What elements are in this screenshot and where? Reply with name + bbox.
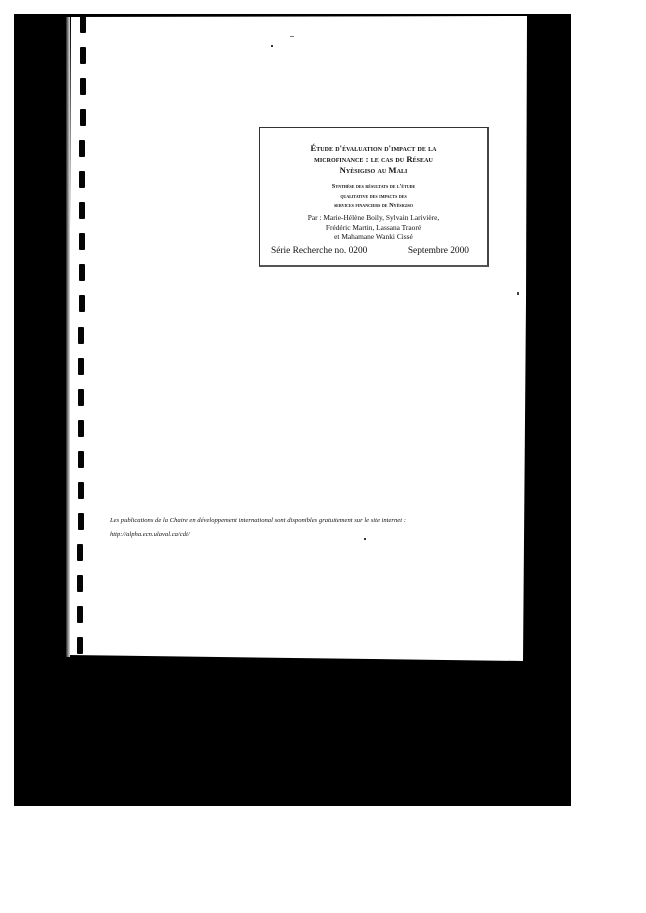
- binding-hole: [79, 140, 85, 157]
- binding-hole: [79, 264, 85, 281]
- binding-hole: [79, 233, 85, 250]
- binding-hole: [78, 327, 84, 344]
- title-line: Étude d'évaluation d'impact de la: [260, 143, 487, 154]
- authors: Par : Marie-Hélène Boily, Sylvain Larivi…: [260, 213, 487, 242]
- scan-speck: [290, 36, 294, 37]
- footer-text: Les publications de la Chaire en dévelop…: [110, 514, 406, 528]
- footer-url[interactable]: http://alpha.ecn.ulaval.ca/cdi/: [110, 528, 406, 542]
- binding-hole: [80, 109, 86, 126]
- binding-hole: [77, 637, 83, 654]
- footer-note: Les publications de la Chaire en dévelop…: [110, 514, 406, 542]
- binding-hole: [78, 389, 84, 406]
- binding-hole: [77, 575, 83, 592]
- binding-hole: [80, 78, 86, 95]
- authors-line: et Mahamane Wanki Cissé: [260, 232, 487, 242]
- page-edge: [66, 17, 70, 657]
- binding-hole: [79, 295, 85, 312]
- binding-hole: [79, 171, 85, 188]
- scan-speck: [364, 538, 366, 540]
- binding-hole: [78, 358, 84, 375]
- subtitle-line: services financiers de Nyèsigiso: [260, 201, 487, 211]
- title-line: Nyèsigiso au Mali: [260, 165, 487, 176]
- binding-hole: [77, 544, 83, 561]
- scan-speck: [271, 45, 273, 47]
- binding-hole: [78, 420, 84, 437]
- series-row: Série Recherche no. 0200 Septembre 2000: [271, 246, 469, 256]
- scan-speck: [517, 292, 519, 295]
- binding-hole: [80, 16, 86, 33]
- title-line: microfinance : le cas du Réseau: [260, 154, 487, 165]
- authors-line: Par : Marie-Hélène Boily, Sylvain Larivi…: [260, 213, 487, 223]
- document-subtitle: Synthèse des résultats de l'étude qualit…: [260, 182, 487, 211]
- publication-date: Septembre 2000: [408, 246, 469, 256]
- series-number: Série Recherche no. 0200: [271, 246, 367, 256]
- binding-hole: [78, 482, 84, 499]
- document-title: Étude d'évaluation d'impact de la microf…: [260, 143, 487, 176]
- binding-hole: [80, 47, 86, 64]
- subtitle-line: qualitative des impacts des: [260, 192, 487, 202]
- binding-hole: [78, 451, 84, 468]
- binding-hole: [78, 513, 84, 530]
- binding-hole: [77, 606, 83, 623]
- title-box: Étude d'évaluation d'impact de la microf…: [259, 127, 489, 267]
- binding-hole: [79, 202, 85, 219]
- authors-line: Frédéric Martin, Lassana Traoré: [260, 223, 487, 233]
- subtitle-line: Synthèse des résultats de l'étude: [260, 182, 487, 192]
